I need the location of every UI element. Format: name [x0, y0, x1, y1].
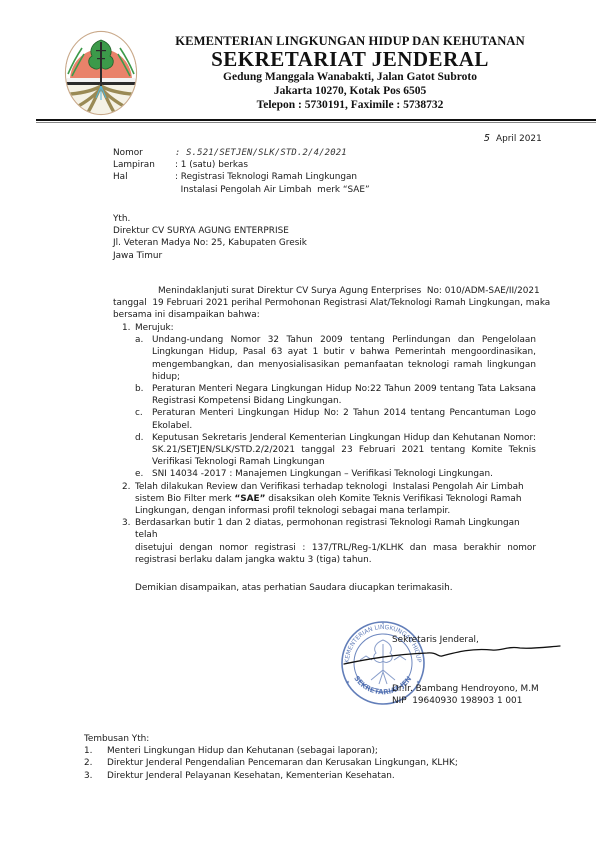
- date-month-year: April 2021: [496, 134, 542, 144]
- intro-text: Menindaklanjuti surat Direktur CV Surya …: [158, 285, 540, 297]
- sub-point-letter: b.: [135, 383, 152, 407]
- sub-point: d.KeputusanSekretarisJenderalKementerian…: [135, 432, 536, 469]
- recipient-line: Jawa Timur: [113, 250, 307, 262]
- point-line: Berdasarkan butir 1 dan 2 diatas, permoh…: [135, 517, 536, 541]
- letterhead-divider: [36, 119, 596, 121]
- sub-point: a.Undang-undangNomor32Tahun2009tentangPe…: [135, 334, 536, 383]
- sub-point-line: KeputusanSekretarisJenderalKementerianLi…: [152, 432, 536, 444]
- sub-point-letter: a.: [135, 334, 152, 383]
- subject-value-cont: Instalasi Pengolah Air Limbah merk “SAE”: [175, 184, 370, 196]
- copy-item: 3.Direktur Jenderal Pelayanan Kesehatan,…: [84, 770, 458, 782]
- sub-point-line: mengembangkan,danmenyosialisasikanpemanf…: [152, 359, 536, 371]
- sub-point-line: Ekolabel.: [152, 420, 536, 432]
- point-line: disetujuidengannomorregistrasi:137/TRL/R…: [135, 542, 536, 554]
- intro-line: Menindaklanjuti surat Direktur CV Surya …: [113, 285, 533, 297]
- sub-points: a.Undang-undangNomor32Tahun2009tentangPe…: [135, 334, 536, 480]
- signatory-name: Dr.Ir. Bambang Hendroyono, M.M: [392, 683, 539, 695]
- recipient-line: Direktur CV SURYA AGUNG ENTERPRISE: [113, 225, 307, 237]
- point-line: registrasi berlaku dalam jangka waktu 3 …: [135, 554, 536, 566]
- copy-text: Direktur Jenderal Pengendalian Pencemara…: [107, 757, 458, 769]
- point-number: 3.: [113, 517, 135, 566]
- letter-date: 5April 2021: [484, 133, 542, 145]
- intro-line: tanggal 19 Februari 2021 perihal Permoho…: [113, 297, 533, 309]
- sub-point-line: PeraturanMenteriNegaraLingkunganHidupNo:…: [152, 383, 536, 395]
- sub-point: b.PeraturanMenteriNegaraLingkunganHidupN…: [135, 383, 536, 407]
- letter-meta: Nomor : S.521/SETJEN/SLK/STD.2/4/2021 La…: [113, 147, 370, 196]
- letterhead-divider-thin: [36, 122, 596, 123]
- brand-name: “SAE”: [234, 494, 265, 504]
- point-number: 2.: [113, 481, 135, 518]
- meta-label: Hal: [113, 171, 175, 183]
- subject-value: : Registrasi Teknologi Ramah Lingkungan: [175, 171, 357, 183]
- sub-point-line: SNI 14034 -2017 : Manajemen Lingkungan –…: [152, 468, 536, 480]
- letterhead-phone: Telepon : 5730191, Faximile : 5738732: [150, 99, 550, 111]
- copy-text: Direktur Jenderal Pelayanan Kesehatan, K…: [107, 770, 395, 782]
- point-line: sistem Bio Filter merk “SAE” disaksikan …: [135, 493, 536, 505]
- point-line: Lingkungan, dengan informasi profil tekn…: [135, 505, 536, 517]
- signatory-title: Sekretaris Jenderal,: [392, 634, 479, 646]
- recipient-salutation: Yth.: [113, 213, 307, 225]
- sub-point-body: PeraturanMenteriLingkunganHidupNo:2Tahun…: [152, 407, 536, 431]
- copy-number: 3.: [84, 770, 107, 782]
- attachment-value: : 1 (satu) berkas: [175, 159, 248, 171]
- closing-sentence: Demikian disampaikan, atas perhatian Sau…: [135, 582, 453, 594]
- recipient-line: Jl. Veteran Madya No: 25, Kabupaten Gres…: [113, 237, 307, 249]
- sub-point-line: PeraturanMenteriLingkunganHidupNo:2Tahun…: [152, 407, 536, 419]
- meta-label: [113, 184, 175, 196]
- copy-item: 1.Menteri Lingkungan Hidup dan Kehutanan…: [84, 745, 458, 757]
- sub-point-line: Verifikasi Teknologi Ramah Lingkungan: [152, 456, 536, 468]
- sub-point-line: Registrasi Kompetensi Bidang Lingkungan.: [152, 395, 536, 407]
- signatory-nip: NIP 19640930 198903 1 001: [392, 695, 522, 707]
- meta-row-nomor: Nomor : S.521/SETJEN/SLK/STD.2/4/2021: [113, 147, 370, 159]
- date-day-handwritten: 5: [484, 133, 490, 144]
- point-number: 1.: [113, 322, 135, 481]
- point-text: sistem Bio Filter merk: [135, 494, 234, 504]
- letterhead-address-line2: Jakarta 10270, Kotak Pos 6505: [150, 85, 550, 97]
- sub-point-line: SK.21/SETJEN/SLK/STD.2/2/2021tanggal23Fe…: [152, 444, 536, 456]
- sub-point-letter: c.: [135, 407, 152, 431]
- copy-number: 2.: [84, 757, 107, 769]
- numbered-points: 1. Merujuk: a.Undang-undangNomor32Tahun2…: [113, 322, 536, 566]
- copy-text: Menteri Lingkungan Hidup dan Kehutanan (…: [107, 745, 378, 757]
- sub-point-line: LingkunganHidup,Pasal63ayat1butirvbahwaP…: [152, 346, 536, 358]
- meta-label: Nomor: [113, 147, 175, 159]
- klhk-logo-icon: [64, 30, 138, 116]
- meta-row-hal-cont: Instalasi Pengolah Air Limbah merk “SAE”: [113, 184, 370, 196]
- point-line: Telah dilakukan Review dan Verifikasi te…: [135, 481, 536, 493]
- sub-point: e.SNI 14034 -2017 : Manajemen Lingkungan…: [135, 468, 536, 480]
- sub-point-line: Undang-undangNomor32Tahun2009tentangPerl…: [152, 334, 536, 346]
- letter-number: : S.521/SETJEN/SLK/STD.2/4/2021: [175, 147, 347, 159]
- recipient-block: Yth. Direktur CV SURYA AGUNG ENTERPRISE …: [113, 213, 307, 262]
- intro-line: bersama ini disampaikan bahwa:: [113, 309, 533, 321]
- point-text: Merujuk:: [135, 322, 536, 334]
- copy-number: 1.: [84, 745, 107, 757]
- meta-row-lampiran: Lampiran : 1 (satu) berkas: [113, 159, 370, 171]
- sub-point-letter: e.: [135, 468, 152, 480]
- sub-point-line: hidup;: [152, 371, 536, 383]
- letterhead-address-line1: Gedung Manggala Wanabakti, Jalan Gatot S…: [150, 71, 550, 83]
- sub-point-body: SNI 14034 -2017 : Manajemen Lingkungan –…: [152, 468, 536, 480]
- letterhead-unit: SEKRETARIAT JENDERAL: [150, 47, 550, 72]
- sub-point-body: Undang-undangNomor32Tahun2009tentangPerl…: [152, 334, 536, 383]
- intro-paragraph: Menindaklanjuti surat Direktur CV Surya …: [113, 285, 533, 322]
- sub-point-body: KeputusanSekretarisJenderalKementerianLi…: [152, 432, 536, 469]
- point-text: disaksikan oleh Komite Teknis Verifikasi…: [265, 494, 521, 504]
- sub-point-letter: d.: [135, 432, 152, 469]
- copies-to: Tembusan Yth: 1.Menteri Lingkungan Hidup…: [84, 733, 458, 782]
- copy-item: 2.Direktur Jenderal Pengendalian Pencema…: [84, 757, 458, 769]
- point-1: 1. Merujuk: a.Undang-undangNomor32Tahun2…: [113, 322, 536, 481]
- signature-scribble: [342, 644, 562, 666]
- point-2: 2. Telah dilakukan Review dan Verifikasi…: [113, 481, 536, 518]
- sub-point-body: PeraturanMenteriNegaraLingkunganHidupNo:…: [152, 383, 536, 407]
- meta-row-hal: Hal : Registrasi Teknologi Ramah Lingkun…: [113, 171, 370, 183]
- meta-label: Lampiran: [113, 159, 175, 171]
- sub-point: c.PeraturanMenteriLingkunganHidupNo:2Tah…: [135, 407, 536, 431]
- point-3: 3. Berdasarkan butir 1 dan 2 diatas, per…: [113, 517, 536, 566]
- copies-heading: Tembusan Yth:: [84, 733, 458, 745]
